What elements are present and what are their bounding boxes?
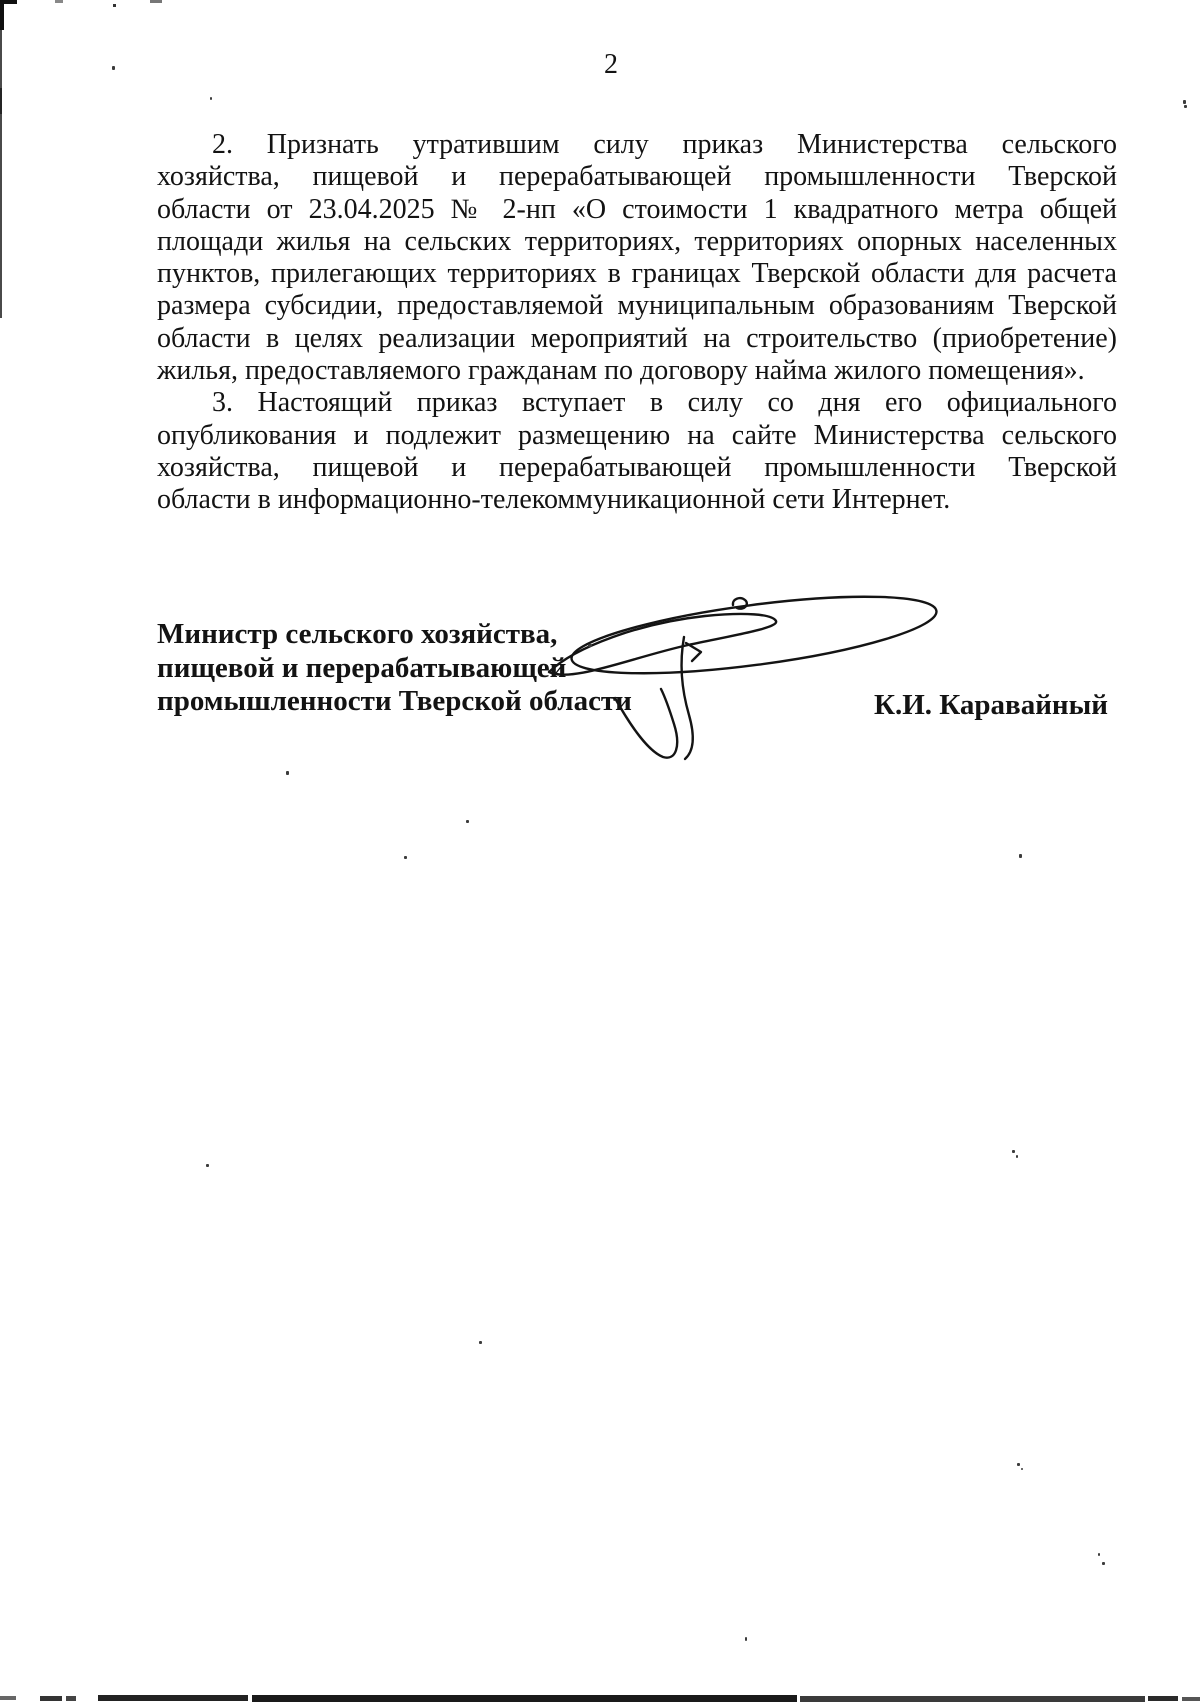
- handwritten-signature: [530, 585, 950, 770]
- scan-speck: [1019, 854, 1022, 858]
- document-body: 2. Признать утратившим силу приказ Минис…: [157, 129, 1117, 517]
- scan-speck: [1098, 1553, 1100, 1556]
- scan-speck: [210, 97, 212, 100]
- scan-speck: [112, 66, 115, 70]
- text-line: области в целях реализации мероприятий н…: [157, 323, 1117, 355]
- text-line: 3. Настоящий приказ вступает в силу со д…: [157, 387, 1117, 419]
- text-line: размера субсидии, предоставляемой муници…: [157, 290, 1117, 322]
- scan-speck: [286, 771, 289, 775]
- scan-speck: [1012, 1150, 1015, 1153]
- scan-speck: [404, 856, 407, 859]
- text-line: опубликования и подлежит размещению на с…: [157, 420, 1117, 452]
- scan-speck: [1184, 105, 1187, 108]
- scan-bottom-band: [1182, 1697, 1200, 1701]
- scan-bottom-band: [1148, 1696, 1178, 1701]
- text-line: хозяйства, пищевой и перерабатывающей пр…: [157, 161, 1117, 193]
- scan-bottom-band: [0, 1696, 16, 1700]
- scan-bottom-band: [800, 1696, 1145, 1702]
- scan-top-tick: [55, 0, 63, 3]
- scan-speck: [466, 820, 469, 823]
- scan-bottom-band: [98, 1695, 248, 1701]
- scan-speck: [1183, 100, 1186, 104]
- scan-top-tick: [113, 4, 116, 7]
- text-line: 2. Признать утратившим силу приказ Минис…: [157, 129, 1117, 161]
- text-line: области от 23.04.2025 № 2-нп «О стоимост…: [157, 194, 1117, 226]
- text-line: жилья, предоставляемого гражданам по дог…: [157, 355, 1117, 387]
- scan-speck: [588, 644, 592, 647]
- scan-speck: [1016, 1155, 1018, 1158]
- text-line: хозяйства, пищевой и перерабатывающей пр…: [157, 452, 1117, 484]
- scan-corner-vertical: [0, 0, 4, 30]
- scanned-document-page: 2 2. Признать утратившим силу приказ Мин…: [0, 0, 1200, 1702]
- text-line: области в информационно-телекоммуникацио…: [157, 484, 1117, 516]
- page-number: 2: [0, 50, 1200, 80]
- scan-speck: [1102, 1562, 1105, 1565]
- scan-left-edge-segment: [0, 88, 2, 114]
- scan-bottom-band: [40, 1696, 62, 1701]
- scan-speck: [1017, 1463, 1020, 1466]
- scan-bottom-band: [252, 1695, 797, 1702]
- scan-left-edge-line: [0, 0, 2, 318]
- text-line: площади жилья на сельских территориях, т…: [157, 226, 1117, 258]
- scan-speck: [745, 1637, 747, 1641]
- scan-corner-horizontal: [0, 0, 17, 4]
- scan-bottom-band: [66, 1696, 76, 1701]
- scan-speck: [1021, 1468, 1023, 1470]
- scan-top-tick: [150, 0, 162, 3]
- text-line: пунктов, прилегающих территориях в грани…: [157, 258, 1117, 290]
- scan-speck: [206, 1164, 209, 1167]
- scan-speck: [479, 1341, 482, 1344]
